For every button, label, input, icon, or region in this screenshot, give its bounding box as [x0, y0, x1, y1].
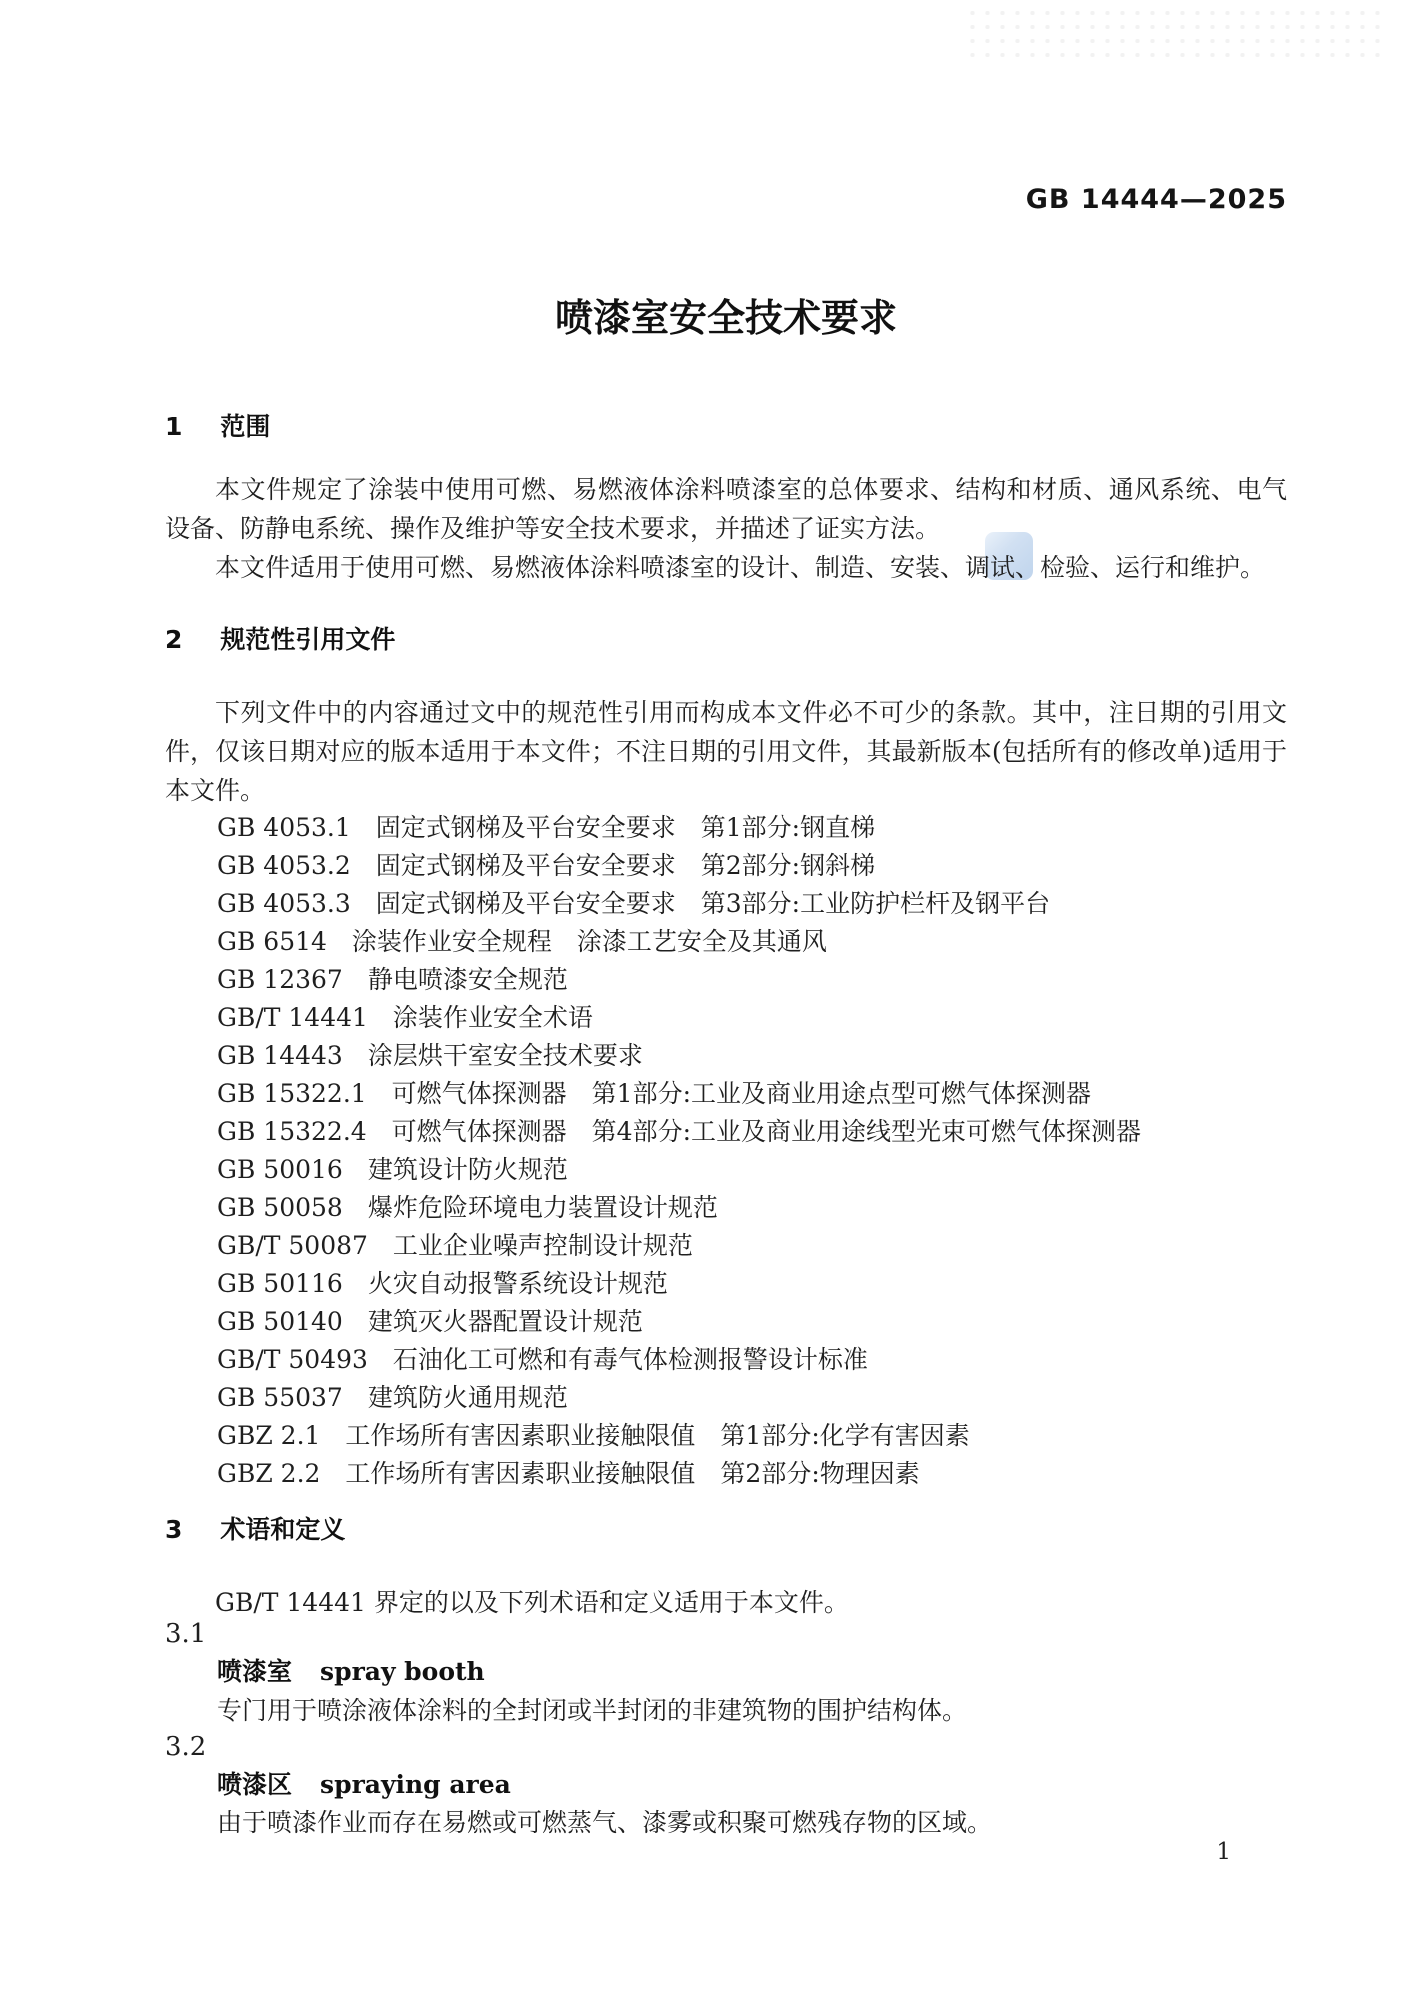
term-entry: 喷漆室spray booth: [165, 1655, 1339, 1689]
faint-dots-watermark: [965, 6, 1385, 64]
reference-item: GB 50016 建筑设计防火规范: [165, 1151, 1287, 1189]
references-list: GB 4053.1 固定式钢梯及平台安全要求 第1部分:钢直梯 GB 4053.…: [165, 809, 1287, 1493]
reference-item: GB 50058 爆炸危险环境电力装置设计规范: [165, 1189, 1287, 1227]
reference-item: GB 55037 建筑防火通用规范: [165, 1379, 1287, 1417]
term-definition: 专门用于喷涂液体涂料的全封闭或半封闭的非建筑物的围护结构体。: [165, 1691, 1287, 1730]
section-1-title: 范围: [220, 412, 270, 441]
reference-item: GB 4053.3 固定式钢梯及平台安全要求 第3部分:工业防护栏杆及钢平台: [165, 885, 1287, 923]
reference-item: GB 4053.2 固定式钢梯及平台安全要求 第2部分:钢斜梯: [165, 847, 1287, 885]
term-en: spraying area: [320, 1770, 511, 1799]
section-1-number: 1: [165, 412, 182, 441]
section-2-number: 2: [165, 625, 182, 654]
term-zh: 喷漆室: [217, 1657, 292, 1686]
reference-item: GB 15322.4 可燃气体探测器 第4部分:工业及商业用途线型光束可燃气体探…: [165, 1113, 1287, 1151]
document-title: 喷漆室安全技术要求: [165, 295, 1287, 341]
reference-item: GB/T 50087 工业企业噪声控制设计规范: [165, 1227, 1287, 1265]
standard-code: GB 14444—2025: [165, 184, 1287, 216]
term-number: 3.1: [165, 1618, 1287, 1650]
document-page: GB 14444—2025 喷漆室安全技术要求 1范围 本文件规定了涂装中使用可…: [0, 0, 1413, 2000]
section-3-number: 3: [165, 1515, 182, 1544]
page-number: 1: [165, 1837, 1231, 1867]
reference-item: GB 14443 涂层烘干室安全技术要求: [165, 1037, 1287, 1075]
terms-intro: GB/T 14441 界定的以及下列术语和定义适用于本文件。: [165, 1583, 1287, 1622]
term-zh: 喷漆区: [217, 1770, 292, 1799]
section-1-heading: 1范围: [165, 410, 1287, 444]
section-3-heading: 3术语和定义: [165, 1513, 1287, 1547]
term-number: 3.2: [165, 1731, 1287, 1763]
section-3-title: 术语和定义: [220, 1515, 345, 1544]
reference-item: GBZ 2.2 工作场所有害因素职业接触限值 第2部分:物理因素: [165, 1455, 1287, 1493]
reference-item: GBZ 2.1 工作场所有害因素职业接触限值 第1部分:化学有害因素: [165, 1417, 1287, 1455]
section-2-heading: 2规范性引用文件: [165, 623, 1287, 657]
reference-item: GB/T 14441 涂装作业安全术语: [165, 999, 1287, 1037]
references-intro: 下列文件中的内容通过文中的规范性引用而构成本文件必不可少的条款。其中，注日期的引…: [165, 693, 1287, 810]
reference-item: GB 50116 火灾自动报警系统设计规范: [165, 1265, 1287, 1303]
reference-item: GB 4053.1 固定式钢梯及平台安全要求 第1部分:钢直梯: [165, 809, 1287, 847]
term-entry: 喷漆区spraying area: [165, 1768, 1339, 1802]
reference-item: GB 15322.1 可燃气体探测器 第1部分:工业及商业用途点型可燃气体探测器: [165, 1075, 1287, 1113]
reference-item: GB 6514 涂装作业安全规程 涂漆工艺安全及其通风: [165, 923, 1287, 961]
reference-item: GB 12367 静电喷漆安全规范: [165, 961, 1287, 999]
term-en: spray booth: [320, 1657, 485, 1686]
scope-paragraph-2: 本文件适用于使用可燃、易燃液体涂料喷漆室的设计、制造、安装、调试、检验、运行和维…: [165, 548, 1287, 587]
reference-item: GB 50140 建筑灭火器配置设计规范: [165, 1303, 1287, 1341]
reference-item: GB/T 50493 石油化工可燃和有毒气体检测报警设计标准: [165, 1341, 1287, 1379]
scope-paragraph-1: 本文件规定了涂装中使用可燃、易燃液体涂料喷漆室的总体要求、结构和材质、通风系统、…: [165, 470, 1287, 548]
section-2-title: 规范性引用文件: [220, 625, 395, 654]
